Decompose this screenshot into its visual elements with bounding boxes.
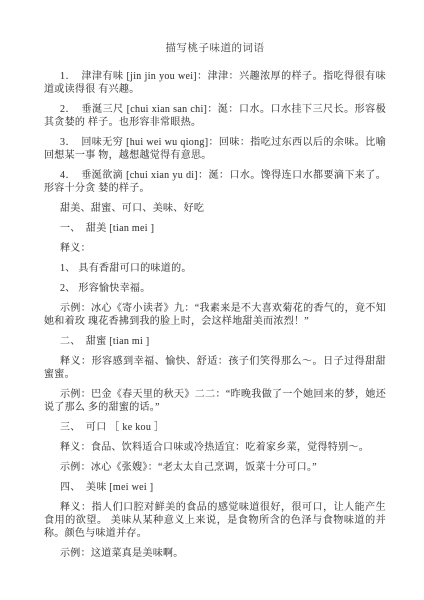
definition-tianmi: 释义：形容感到幸福、愉快、舒适：孩子们笑得那么～。日子过得甜甜蜜蜜。: [44, 355, 386, 381]
definition-label-tianmei: 释义：: [44, 242, 386, 255]
document-title: 描写桃子味道的词语: [44, 40, 386, 55]
section-heading-tianmi: 二、 甜蜜 [tian mi ]: [44, 335, 386, 348]
idiom-entry-2: 2． 垂涎三尺 [chui xian san chi]：涎：口水。口水挂下三尺长…: [44, 103, 386, 129]
definition-item-2-tianmei: 2、 形容愉快幸福。: [44, 282, 386, 295]
section-heading-tianmei: 一、 甜美 [tian mei ]: [44, 222, 386, 235]
idiom-entry-4: 4． 垂涎欲滴 [chui xian yu di]：涎：口水。馋得连口水都要滴下…: [44, 169, 386, 195]
document-page: 描写桃子味道的词语 1． 津津有味 [jin jin you wei]：津津：兴…: [0, 0, 424, 600]
definition-item-1-tianmei: 1、 具有香甜可口的味道的。: [44, 262, 386, 275]
example-tianmei: 示例：冰心《寄小读者》九：“我素来是不大喜欢菊花的香气的，竟不知她和着玫 瑰花香…: [44, 302, 386, 328]
example-kekou: 示例：冰心《张嫂》：“老太太自己烹调，饭菜十分可口。”: [44, 461, 386, 474]
example-meiwei: 示例：这道菜真是美味啊。: [44, 547, 386, 560]
definition-kekou: 释义：食品、饮料适合口味或冷热适宜：吃着家乡菜，觉得特别～。: [44, 441, 386, 454]
idiom-entry-3: 3． 回味无穷 [hui wei wu qiong]：回味：指吃过东西以后的余味…: [44, 136, 386, 162]
idiom-entry-1: 1． 津津有味 [jin jin you wei]：津津：兴趣浓厚的样子。指吃得…: [44, 70, 386, 96]
section-heading-meiwei: 四、 美味 [mei wei ]: [44, 481, 386, 494]
synonym-word-list: 甜美、甜蜜、可口、美味、好吃: [44, 202, 386, 215]
document-content: 描写桃子味道的词语 1． 津津有味 [jin jin you wei]：津津：兴…: [0, 0, 424, 560]
example-tianmi: 示例：巴金《春天里的秋天》二二：“昨晚我做了一个她回来的梦，她还说了那么 多的甜…: [44, 388, 386, 414]
definition-meiwei: 释义：指人们口腔对鲜美的食品的感觉味道很好，很可口，让人能产生食用的欲望。 美味…: [44, 501, 386, 540]
section-heading-kekou: 三、 可口 ［ ke kou ］: [44, 421, 386, 434]
